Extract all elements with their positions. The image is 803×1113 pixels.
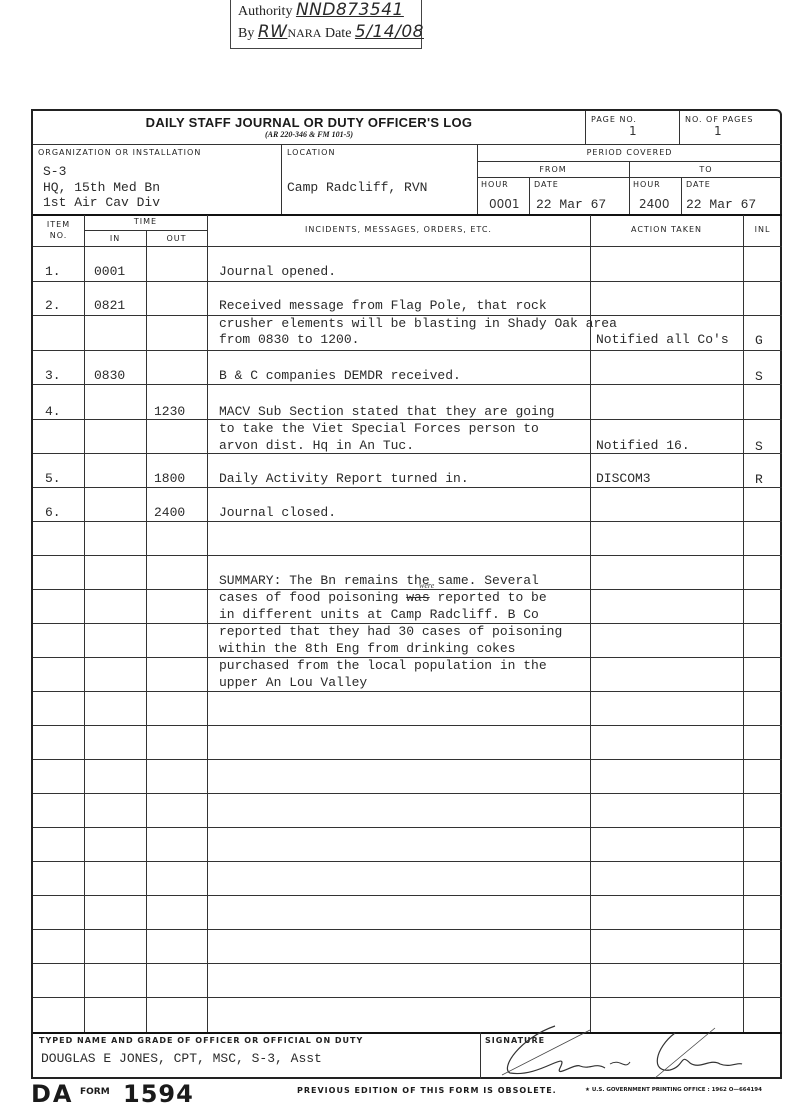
from-hour-value[interactable]: 0001 bbox=[489, 197, 520, 211]
entry-4-text-line2[interactable]: to take the Viet Special Forces person t… bbox=[219, 421, 539, 436]
entry-3-text[interactable]: B & C companies DEMDR received. bbox=[219, 368, 461, 383]
to-hour-value[interactable]: 2400 bbox=[639, 197, 670, 211]
no-of-pages-label: NO. OF PAGES bbox=[685, 115, 753, 124]
declassification-stamp: Authority NND873541 By RWNARA Date 5/14/… bbox=[230, 0, 422, 49]
organization-line-1[interactable]: S-3 bbox=[43, 164, 66, 179]
date-label: Date bbox=[325, 26, 351, 41]
authority-line: Authority NND873541 bbox=[238, 0, 404, 20]
entry-2-text-line1[interactable]: Received message from Flag Pole, that ro… bbox=[219, 298, 547, 313]
staff-journal-form: DAILY STAFF JOURNAL OR DUTY OFFICER'S LO… bbox=[31, 109, 782, 1079]
by-label: By bbox=[238, 26, 254, 41]
entry-4-inl[interactable]: S bbox=[755, 439, 763, 454]
officer-label: TYPED NAME AND GRADE OF OFFICER OR OFFIC… bbox=[39, 1036, 363, 1045]
form-subtitle: (AR 220-346 & FM 101-5) bbox=[33, 130, 585, 139]
page-no-value[interactable]: 1 bbox=[629, 124, 637, 138]
form-word: FORM bbox=[80, 1087, 110, 1097]
from-hour-label: HOUR bbox=[481, 180, 509, 189]
entry-4-time-out[interactable]: 1230 bbox=[154, 404, 185, 419]
summary-line-3[interactable]: in different units at Camp Radcliff. B C… bbox=[219, 607, 539, 622]
entry-1-text[interactable]: Journal opened. bbox=[219, 264, 336, 279]
entry-2-time-in[interactable]: 0821 bbox=[94, 298, 125, 313]
summary-line-2[interactable]: cases of food poisoning was reported to … bbox=[219, 590, 547, 605]
col-inl: INL bbox=[743, 225, 782, 234]
summary-line-6[interactable]: purchased from the local population in t… bbox=[219, 658, 547, 673]
entry-4-text-line3[interactable]: arvon dist. Hq in An Tuc. bbox=[219, 438, 414, 453]
form-title: DAILY STAFF JOURNAL OR DUTY OFFICER'S LO… bbox=[33, 115, 585, 130]
entry-5-item: 5. bbox=[45, 471, 61, 486]
entry-3-item: 3. bbox=[45, 368, 61, 383]
form-number: 1594 bbox=[123, 1080, 194, 1108]
to-label: TO bbox=[630, 165, 782, 174]
previous-edition-notice: PREVIOUS EDITION OF THIS FORM IS OBSOLET… bbox=[297, 1086, 557, 1095]
summary-line-5[interactable]: within the 8th Eng from drinking cokes bbox=[219, 641, 515, 656]
organization-label: ORGANIZATION OR INSTALLATION bbox=[38, 148, 201, 157]
from-date-value[interactable]: 22 Mar 67 bbox=[536, 197, 606, 212]
location-value[interactable]: Camp Radcliff, RVN bbox=[287, 180, 427, 195]
stamp-date-value: 5/14/08 bbox=[355, 22, 424, 42]
by-line: By RWNARA Date 5/14/08 bbox=[238, 22, 424, 42]
col-item-line1: ITEM bbox=[33, 220, 84, 229]
to-date-value[interactable]: 22 Mar 67 bbox=[686, 197, 756, 212]
entry-5-inl[interactable]: R bbox=[755, 472, 763, 487]
authority-label: Authority bbox=[238, 4, 292, 19]
to-date-label: DATE bbox=[686, 180, 711, 189]
col-time-out: OUT bbox=[146, 234, 207, 243]
entry-6-item: 6. bbox=[45, 505, 61, 520]
entry-6-time-out[interactable]: 2400 bbox=[154, 505, 185, 520]
authority-value: NND873541 bbox=[296, 0, 404, 20]
by-initials: RW bbox=[258, 22, 288, 42]
summary-line-2-part-a: cases of food poisoning bbox=[219, 590, 406, 605]
summary-struck-word: was bbox=[406, 590, 429, 605]
entry-2-item: 2. bbox=[45, 298, 61, 313]
col-action-taken: ACTION TAKEN bbox=[590, 225, 743, 234]
summary-inserted-word: were bbox=[419, 581, 434, 590]
officer-name-value[interactable]: DOUGLAS E JONES, CPT, MSC, S-3, Asst bbox=[41, 1051, 322, 1066]
entry-2-inl[interactable]: G bbox=[755, 333, 763, 348]
entry-3-time-in[interactable]: 0830 bbox=[94, 368, 125, 383]
col-incidents: INCIDENTS, MESSAGES, ORDERS, ETC. bbox=[207, 225, 590, 234]
entry-4-action[interactable]: Notified 16. bbox=[596, 438, 690, 453]
entry-5-time-out[interactable]: 1800 bbox=[154, 471, 185, 486]
page-no-label: PAGE NO. bbox=[591, 115, 637, 124]
entry-1-item: 1. bbox=[45, 264, 61, 279]
no-of-pages-value[interactable]: 1 bbox=[714, 124, 722, 138]
organization-line-2[interactable]: HQ, 15th Med Bn bbox=[43, 180, 160, 195]
entry-5-text[interactable]: Daily Activity Report turned in. bbox=[219, 471, 469, 486]
period-covered-label: PERIOD COVERED bbox=[477, 148, 782, 157]
entry-4-item: 4. bbox=[45, 404, 61, 419]
summary-line-1[interactable]: SUMMARY: The Bn remains the same. Severa… bbox=[219, 573, 539, 588]
entry-6-text[interactable]: Journal closed. bbox=[219, 505, 336, 520]
col-item-line2: NO. bbox=[33, 231, 84, 240]
gpo-imprint: ★ U.S. GOVERNMENT PRINTING OFFICE : 1962… bbox=[585, 1087, 762, 1093]
nara-label: NARA bbox=[287, 26, 321, 40]
summary-line-2-part-b: reported to be bbox=[430, 590, 547, 605]
from-label: FROM bbox=[477, 165, 629, 174]
entry-4-text-line1[interactable]: MACV Sub Section stated that they are go… bbox=[219, 404, 554, 419]
da-mark: DA bbox=[31, 1080, 74, 1108]
entry-5-action[interactable]: DISCOM3 bbox=[596, 471, 651, 486]
summary-line-7[interactable]: upper An Lou Valley bbox=[219, 675, 367, 690]
entry-2-text-line3[interactable]: from 0830 to 1200. bbox=[219, 332, 359, 347]
location-label: LOCATION bbox=[287, 148, 335, 157]
from-date-label: DATE bbox=[534, 180, 559, 189]
entry-2-text-line2[interactable]: crusher elements will be blasting in Sha… bbox=[219, 316, 617, 331]
entry-3-inl[interactable]: S bbox=[755, 369, 763, 384]
col-time-in: IN bbox=[84, 234, 146, 243]
organization-line-3[interactable]: 1st Air Cav Div bbox=[43, 195, 160, 210]
entry-1-time-in[interactable]: 0001 bbox=[94, 264, 125, 279]
col-time: TIME bbox=[84, 217, 207, 226]
to-hour-label: HOUR bbox=[633, 180, 661, 189]
entry-2-action[interactable]: Notified all Co's bbox=[596, 332, 729, 347]
summary-line-4[interactable]: reported that they had 30 cases of poiso… bbox=[219, 624, 562, 639]
